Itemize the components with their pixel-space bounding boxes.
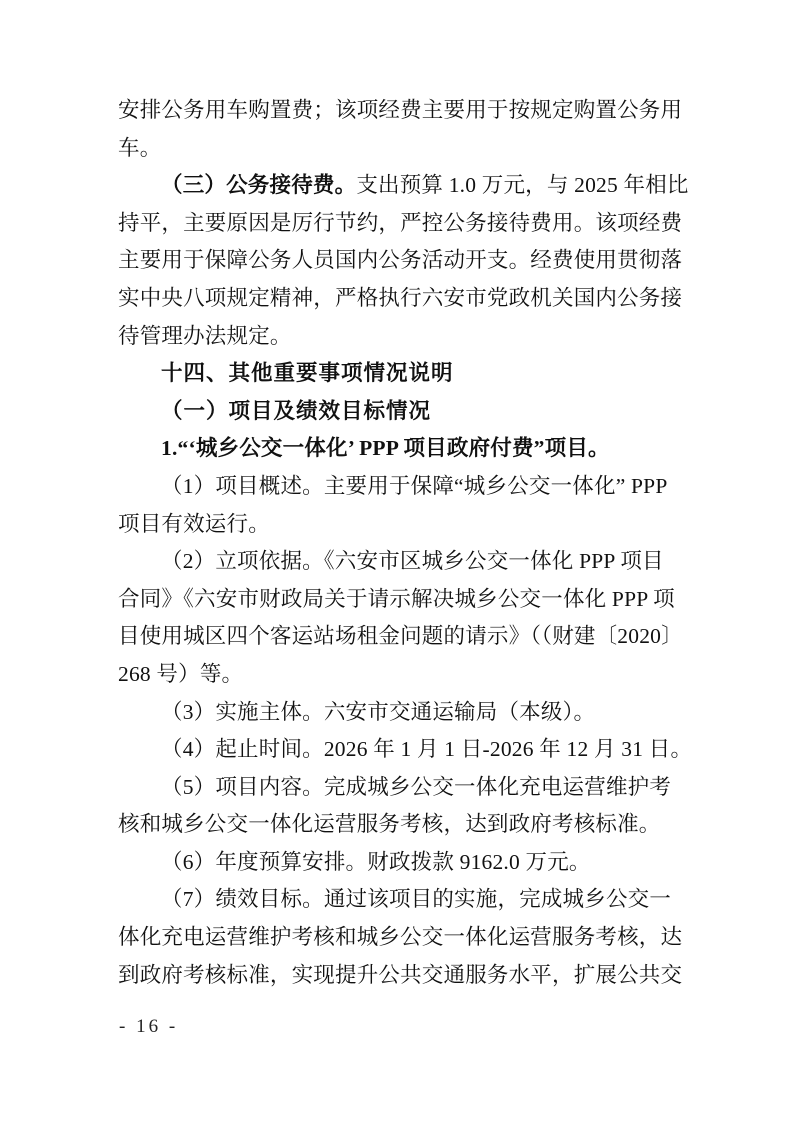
paragraph-line: 持平，主要原因是厉行节约，严控公务接待费用。该项经费 — [118, 205, 684, 243]
paragraph-line: （1）项目概述。主要用于保障“城乡公交一体化” PPP — [118, 468, 684, 506]
paragraph-line: 268 号）等。 — [118, 656, 684, 694]
paragraph-text: 支出预算 1.0 万元，与 2025 年相比 — [356, 173, 688, 197]
subsection-heading: （一）项目及绩效目标情况 — [118, 393, 684, 431]
paragraph-line: （三）公务接待费。支出预算 1.0 万元，与 2025 年相比 — [118, 167, 684, 205]
paragraph-lead-bold: （三）公务接待费。 — [161, 173, 356, 197]
page-number: - 16 - — [119, 1012, 178, 1042]
paragraph-line: 目使用城区四个客运站场租金问题的请示》（（财建〔2020〕 — [118, 618, 684, 656]
paragraph-line: （6）年度预算安排。财政拨款 9162.0 万元。 — [118, 844, 684, 882]
paragraph-line: 到政府考核标准，实现提升公共交通服务水平，扩展公共交 — [118, 957, 684, 995]
document-body: 安排公务用车购置费；该项经费主要用于按规定购置公务用 车。 （三）公务接待费。支… — [118, 92, 684, 994]
paragraph-line: 核和城乡公交一体化运营服务考核，达到政府考核标准。 — [118, 806, 684, 844]
paragraph-line: （2）立项依据。《六安市区城乡公交一体化 PPP 项目 — [118, 543, 684, 581]
paragraph-line: （4）起止时间。2026 年 1 月 1 日-2026 年 12 月 31 日。 — [118, 731, 684, 769]
paragraph-line: （7）绩效目标。通过该项目的实施，完成城乡公交一 — [118, 881, 684, 919]
paragraph-line: 实中央八项规定精神，严格执行六安市党政机关国内公务接 — [118, 280, 684, 318]
paragraph-line: 安排公务用车购置费；该项经费主要用于按规定购置公务用 — [118, 92, 684, 130]
paragraph-line: 车。 — [118, 130, 684, 168]
paragraph-line: 合同》《六安市财政局关于请示解决城乡公交一体化 PPP 项 — [118, 581, 684, 619]
document-page: 安排公务用车购置费；该项经费主要用于按规定购置公务用 车。 （三）公务接待费。支… — [0, 0, 793, 1122]
paragraph-line: （5）项目内容。完成城乡公交一体化充电运营维护考 — [118, 769, 684, 807]
paragraph-line: 体化充电运营维护考核和城乡公交一体化运营服务考核，达 — [118, 919, 684, 957]
paragraph-line: 项目有效运行。 — [118, 506, 684, 544]
paragraph-line: 主要用于保障公务人员国内公务活动开支。经费使用贯彻落 — [118, 242, 684, 280]
paragraph-line: 待管理办法规定。 — [118, 318, 684, 356]
paragraph-line: （3）实施主体。六安市交通运输局（本级）。 — [118, 694, 684, 732]
item-heading: 1.“‘城乡公交一体化’ PPP 项目政府付费”项目。 — [118, 430, 684, 468]
section-heading: 十四、其他重要事项情况说明 — [118, 355, 684, 393]
